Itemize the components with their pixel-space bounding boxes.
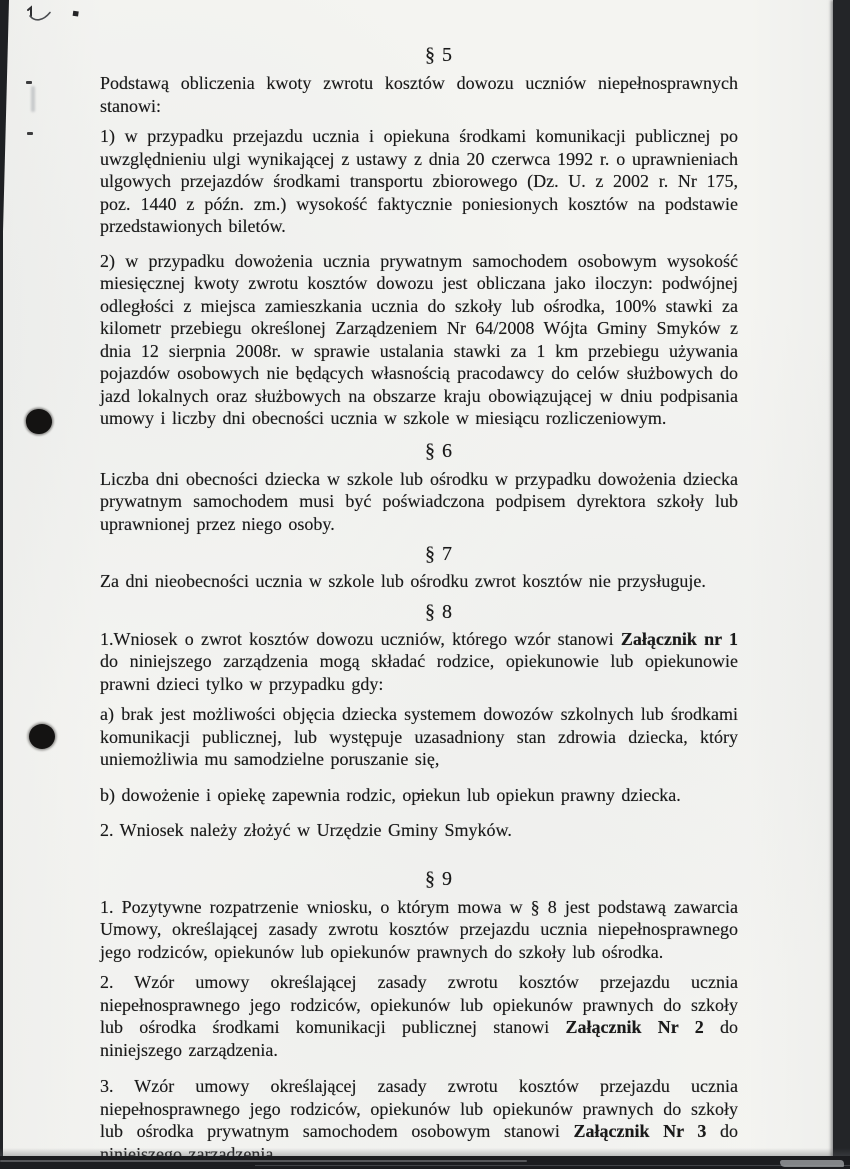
legal-paragraph: 2. Wniosek należy złożyć w Urzędzie Gmin…: [100, 819, 738, 842]
scanner-streak: [0, 1160, 527, 1162]
legal-paragraph: 2. Wzór umowy określającej zasady zwrotu…: [100, 971, 738, 1061]
scanner-streak: [255, 1165, 850, 1166]
scanner-edge-right: [833, 0, 850, 1169]
pencil-dash-mark: [27, 132, 33, 135]
legal-paragraph: b) dowożenie i opiekę zapewnia rodzic, o…: [100, 784, 738, 807]
legal-paragraph: 1.Wniosek o zwrot kosztów dowozu uczniów…: [100, 628, 738, 696]
section-heading: § 7: [100, 543, 738, 566]
paragraph-text: 1.Wniosek o zwrot kosztów dowozu uczniów…: [100, 629, 621, 649]
legal-paragraph: 1) w przypadku przejazdu ucznia i opieku…: [100, 125, 738, 238]
scanner-edge-left-top: [0, 0, 9, 250]
document-text-column: § 5 Podstawą obliczenia kwoty zwrotu kos…: [100, 34, 738, 1169]
section-7: § 7 Za dni nieobecności ucznia w szkole …: [100, 543, 738, 593]
hole-punch: [29, 724, 55, 749]
section-6: § 6 Liczba dni obecności dziecka w szkol…: [100, 440, 738, 536]
section-heading: § 5: [100, 44, 738, 67]
legal-paragraph: Liczba dni obecności dziecka w szkole lu…: [100, 468, 738, 536]
pencil-dash-mark: [26, 81, 32, 84]
scanner-edge-bottom: [0, 1156, 850, 1169]
legal-paragraph: 2) w przypadku dowożenia ucznia prywatny…: [100, 250, 738, 430]
section-heading: § 8: [100, 601, 738, 624]
section-5: § 5 Podstawą obliczenia kwoty zwrotu kos…: [100, 44, 738, 430]
pen-mark-annotation: [22, 4, 92, 30]
legal-paragraph: a) brak jest możliwości objęcia dziecka …: [100, 703, 738, 771]
scanned-page: § 5 Podstawą obliczenia kwoty zwrotu kos…: [0, 0, 850, 1169]
legal-paragraph: Podstawą obliczenia kwoty zwrotu kosztów…: [100, 72, 738, 117]
attachment-reference: Załącznik nr 1: [621, 629, 738, 649]
legal-paragraph: 1. Pozytywne rozpatrzenie wniosku, o któ…: [100, 896, 738, 964]
section-8: § 8 1.Wniosek o zwrot kosztów dowozu ucz…: [100, 601, 738, 842]
pencil-smudge: [31, 86, 35, 112]
attachment-reference: Załącznik Nr 2: [566, 1017, 704, 1037]
page-bottom-shadow: [0, 1148, 850, 1156]
legal-paragraph: Za dni nieobecności ucznia w szkole lub …: [100, 570, 738, 593]
section-9: § 9 1. Pozytywne rozpatrzenie wniosku, o…: [100, 868, 738, 1166]
section-heading: § 6: [100, 440, 738, 463]
paragraph-text: do niniejszego zarządzenia mogą składać …: [100, 651, 738, 694]
section-heading: § 9: [100, 868, 738, 891]
hole-punch: [24, 407, 53, 435]
scanner-streak: [780, 1160, 844, 1167]
attachment-reference: Załącznik Nr 3: [574, 1121, 707, 1141]
